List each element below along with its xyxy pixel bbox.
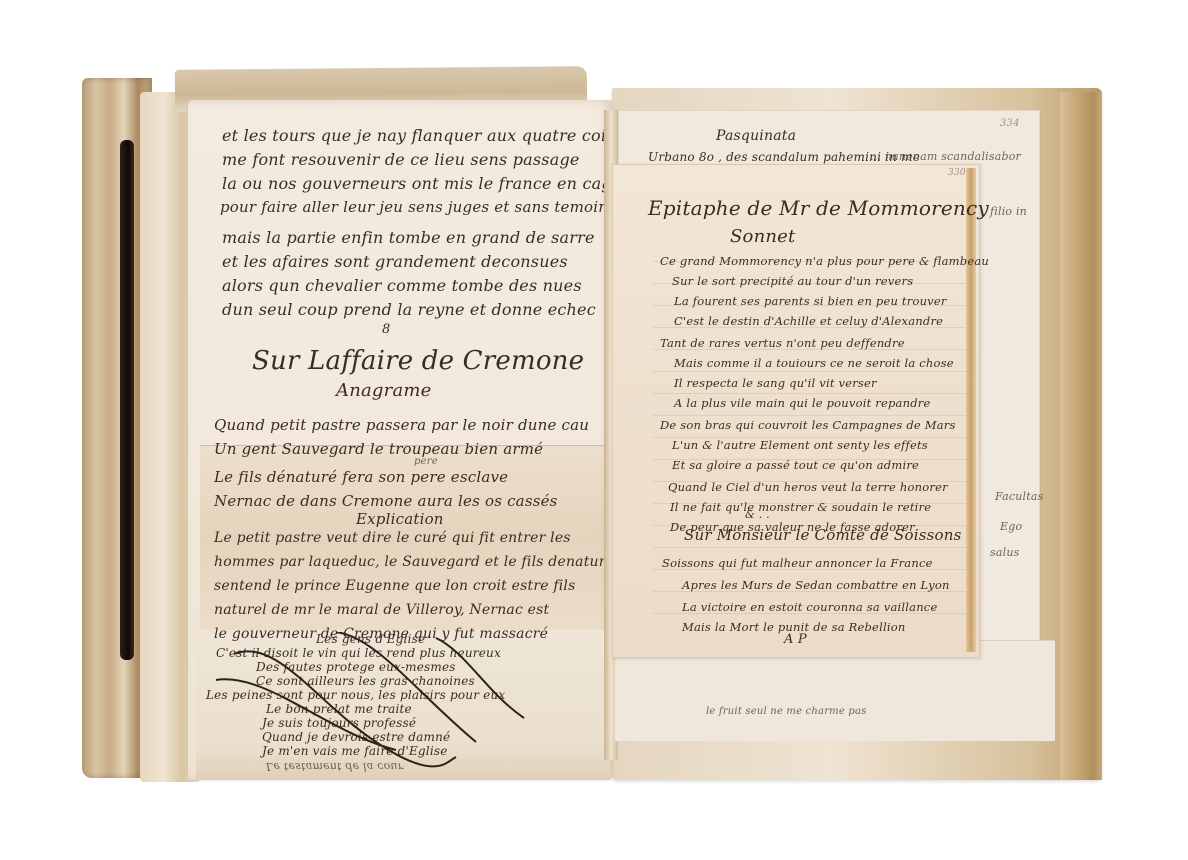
separator-mark: & . .: [745, 508, 770, 521]
poem-line: alors qun chevalier comme tombe des nues: [222, 276, 582, 295]
poem-line: et les tours que je nay flanquer aux qua…: [222, 126, 625, 145]
left-title: Sur Laffaire de Cremone: [252, 346, 584, 376]
front-leaf-edge: [966, 168, 976, 652]
explanation-line: hommes par laqueduc, le Sauvegard et le …: [214, 554, 614, 570]
poem-line: pour faire aller leur jeu sens juges et …: [220, 198, 616, 216]
book-spine-shadow: [120, 140, 134, 660]
explanation-line: Le petit pastre veut dire le curé qui fi…: [214, 530, 571, 546]
footer-note: le fruit seul ne me charme pas: [706, 706, 866, 717]
sonnet-line: Et sa gloire a passé tout ce qu'on admir…: [672, 458, 919, 472]
anagram-line: Le fils dénaturé fera son pere esclave: [214, 468, 508, 486]
sonnet-line: Mais comme il a touiours ce ne seroit la…: [674, 356, 954, 370]
margin-fragment: Ego: [1000, 520, 1022, 533]
sonnet-line: L'un & l'autre Element ont senty les eff…: [672, 438, 928, 452]
right-cover-edge: [1060, 92, 1102, 780]
sonnet-line: A la plus vile main qui le pouvoit repan…: [674, 396, 930, 410]
strikethrough-marks: [206, 632, 606, 772]
soissons-line: Apres les Murs de Sedan combattre en Lyo…: [682, 578, 950, 592]
folio-number-334: 334: [1000, 118, 1020, 129]
margin-fragment: Facultas: [995, 490, 1043, 503]
soissons-line: La victoire en estoit couronna sa vailla…: [682, 600, 937, 614]
sonnet-line: Ce grand Mommorency n'a plus pour pere &…: [660, 254, 989, 268]
pasquinata-line: ... nanenam scandalisabor: [870, 150, 1021, 163]
left-subtitle: Anagrame: [336, 380, 432, 401]
poem-line: dun seul coup prend la reyne et donne ec…: [222, 300, 596, 319]
poem-line: la ou nos gouverneurs ont mis le france …: [222, 174, 621, 193]
folio-number-330: 330: [948, 168, 966, 178]
sonnet-line: C'est le destin d'Achille et celuy d'Ale…: [674, 314, 943, 328]
sonnet-line: Il ne fait qu'le monstrer & soudain le r…: [670, 500, 931, 514]
signature: A P: [784, 632, 807, 647]
sonnet-line: Sur le sort precipité au tour d'un rever…: [672, 274, 913, 288]
epitaph-title: Epitaphe de Mr de Mommorency: [648, 196, 989, 220]
soissons-title: Sur Monsieur le Comte de Soissons: [684, 526, 961, 544]
pasquinata-heading: Pasquinata: [716, 128, 796, 144]
poem-line: et les afaires sont grandement deconsues: [222, 252, 568, 271]
page-mark: 8: [382, 322, 390, 337]
margin-fragment: salus: [990, 546, 1019, 559]
explanation-line: sentend le prince Eugenne que lon croit …: [214, 578, 575, 594]
explanation-line: naturel de mr le maral de Villeroy, Nern…: [214, 602, 549, 618]
insertion-note: pere: [414, 456, 438, 467]
poem-line: mais la partie enfin tombe en grand de s…: [222, 228, 595, 247]
poem-line: me font resouvenir de ce lieu sens passa…: [222, 150, 580, 169]
soissons-line: Soissons qui fut malheur annoncer la Fra…: [662, 556, 933, 570]
anagram-line: Quand petit pastre passera par le noir d…: [214, 416, 589, 434]
sonnet-line: La fourent ses parents si bien en peu tr…: [674, 294, 947, 308]
anagram-line: Nernac de dans Cremone aura les os cassé…: [214, 492, 558, 510]
anagram-line: Un gent Sauvegard le troupeau bien armé: [214, 440, 543, 458]
sonnet-subtitle: Sonnet: [730, 226, 795, 247]
sonnet-line: Il respecta le sang qu'il vit verser: [674, 376, 877, 390]
sonnet-line: De son bras qui couvroit les Campagnes d…: [660, 418, 956, 432]
explanation-heading: Explication: [356, 510, 444, 528]
margin-fragment: filio in: [990, 205, 1027, 218]
sonnet-line: Tant de rares vertus n'ont peu deffendre: [660, 336, 905, 350]
sonnet-line: Quand le Ciel d'un heros veut la terre h…: [668, 480, 948, 494]
crossed-out-verse: Les gens d'Eglise C'est il disoit le vin…: [206, 632, 606, 772]
